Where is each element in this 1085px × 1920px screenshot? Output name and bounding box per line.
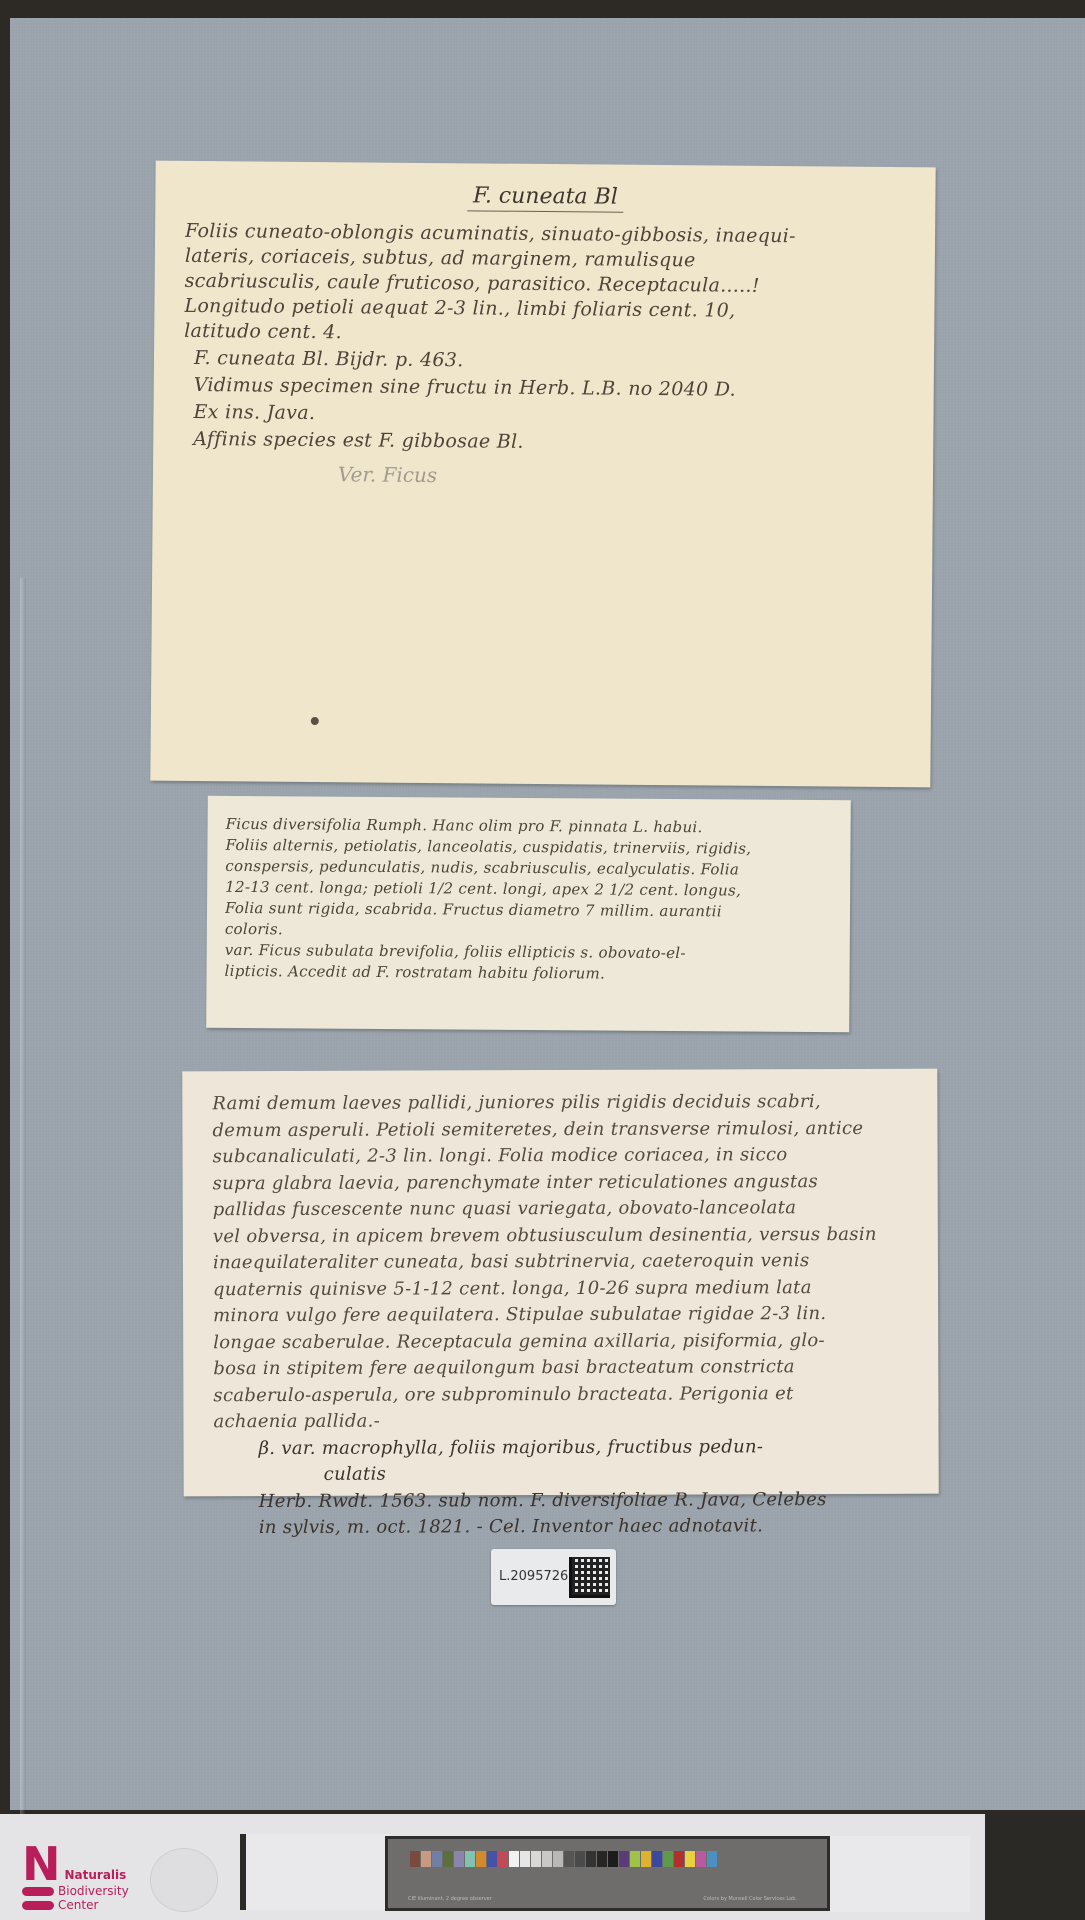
- catalog-number: L.2095726: [499, 1569, 568, 1584]
- color-swatch: [443, 1851, 453, 1867]
- color-swatch: [520, 1851, 530, 1867]
- color-swatch: [553, 1851, 563, 1867]
- description-line: minora vulgo fere aequilatera. Stipulae …: [213, 1301, 918, 1330]
- description-line: scaberulo-asperula, ore subprominulo bra…: [213, 1380, 918, 1409]
- color-swatch: [641, 1851, 651, 1867]
- color-swatch: [663, 1851, 673, 1867]
- herbarium-line: in sylvis, m. oct. 1821. - Cel. Inventor…: [214, 1513, 919, 1542]
- label-description-rami: Rami demum laeves pallidi, juniores pili…: [182, 1069, 938, 1497]
- barcode-label: L.2095726: [491, 1549, 616, 1605]
- reference-line: Vidimus specimen sine fructu in Herb. L.…: [184, 373, 909, 404]
- description-line: bosa in stipitem fere aequilongum basi b…: [213, 1354, 918, 1383]
- logo-letter: N: [22, 1844, 61, 1884]
- color-swatch: [674, 1851, 684, 1867]
- variety-line: culatis: [214, 1460, 919, 1489]
- description-line: Folia sunt rigida, scabrida. Fructus dia…: [225, 898, 838, 923]
- color-calibration-chart: CIE illuminant, 2 degree observer Colors…: [385, 1836, 830, 1911]
- color-swatch: [432, 1851, 442, 1867]
- description-line: longae scaberulae. Receptacula gemina ax…: [213, 1327, 918, 1356]
- color-swatch: [421, 1851, 431, 1867]
- color-swatch: [542, 1851, 552, 1867]
- blank-card: [240, 1834, 391, 1910]
- color-swatch: [707, 1851, 717, 1867]
- color-swatch: [498, 1851, 508, 1867]
- color-swatch: [586, 1851, 596, 1867]
- datamatrix-code-icon: [569, 1557, 610, 1598]
- label-ficus-diversifolia: Ficus diversifolia Rumph. Hanc olim pro …: [206, 796, 851, 1032]
- color-swatch: [608, 1851, 618, 1867]
- description-line: Rami demum laeves pallidi, juniores pili…: [212, 1089, 917, 1118]
- color-swatch: [487, 1851, 497, 1867]
- color-swatch: [476, 1851, 486, 1867]
- color-swatch: [685, 1851, 695, 1867]
- color-swatch: [454, 1851, 464, 1867]
- reference-line: F. cuneata Bl. Bijdr. p. 463.: [184, 346, 909, 377]
- color-swatch: [630, 1851, 640, 1867]
- color-swatch: [619, 1851, 629, 1867]
- footer-strip: N Naturalis Biodiversity Center CIE illu…: [0, 1814, 1085, 1920]
- description-line: supra glabra laevia, parenchymate inter …: [213, 1168, 918, 1197]
- herbarium-sheet: F. cuneata Bl Foliis cuneato-oblongis ac…: [10, 18, 1085, 1810]
- reference-line: Ex ins. Java.: [183, 400, 908, 431]
- color-swatch: [597, 1851, 607, 1867]
- sheet-fold: [20, 578, 26, 1828]
- color-swatch: [564, 1851, 574, 1867]
- pencil-annotation: Ver. Ficus: [338, 462, 437, 487]
- description-line: latitudo cent. 4.: [184, 319, 909, 350]
- description-line: achaenia pallida.-: [213, 1407, 918, 1436]
- color-swatch: [696, 1851, 706, 1867]
- description-line: vel obversa, in apicem brevem obtusiuscu…: [213, 1221, 918, 1250]
- description-line: quaternis quinisve 5-1-12 cent. longa, 1…: [213, 1274, 918, 1303]
- dark-edge: [985, 1814, 1085, 1920]
- naturalis-logo: N Naturalis Biodiversity Center: [22, 1844, 129, 1912]
- label-title: F. cuneata Bl: [155, 181, 935, 213]
- reference-line: Affinis species est F. gibbosae Bl.: [183, 427, 908, 458]
- description-line: inaequilateraliter cuneata, basi subtrin…: [213, 1248, 918, 1277]
- description-line: demum asperuli. Petioli semiteretes, dei…: [212, 1115, 917, 1144]
- color-swatch: [465, 1851, 475, 1867]
- description-line: pallidas fuscescente nunc quasi variegat…: [213, 1195, 918, 1224]
- color-swatch: [410, 1851, 420, 1867]
- blank-card: [830, 1836, 970, 1912]
- ink-spot: [311, 717, 319, 725]
- color-swatch: [531, 1851, 541, 1867]
- herbarium-line: Herb. Rwdt. 1563. sub nom. F. diversifol…: [214, 1486, 919, 1515]
- description-line: lipticis. Accedit ad F. rostratam habitu…: [225, 961, 838, 986]
- variety-line: β. var. macrophylla, foliis majoribus, f…: [214, 1433, 919, 1462]
- color-swatch: [509, 1851, 519, 1867]
- description-line: subcanaliculati, 2-3 lin. longi. Folia m…: [213, 1142, 918, 1171]
- label-ficus-cuneata: F. cuneata Bl Foliis cuneato-oblongis ac…: [150, 161, 935, 788]
- color-swatch: [575, 1851, 585, 1867]
- stamp-circle: [150, 1848, 218, 1912]
- color-swatch: [652, 1851, 662, 1867]
